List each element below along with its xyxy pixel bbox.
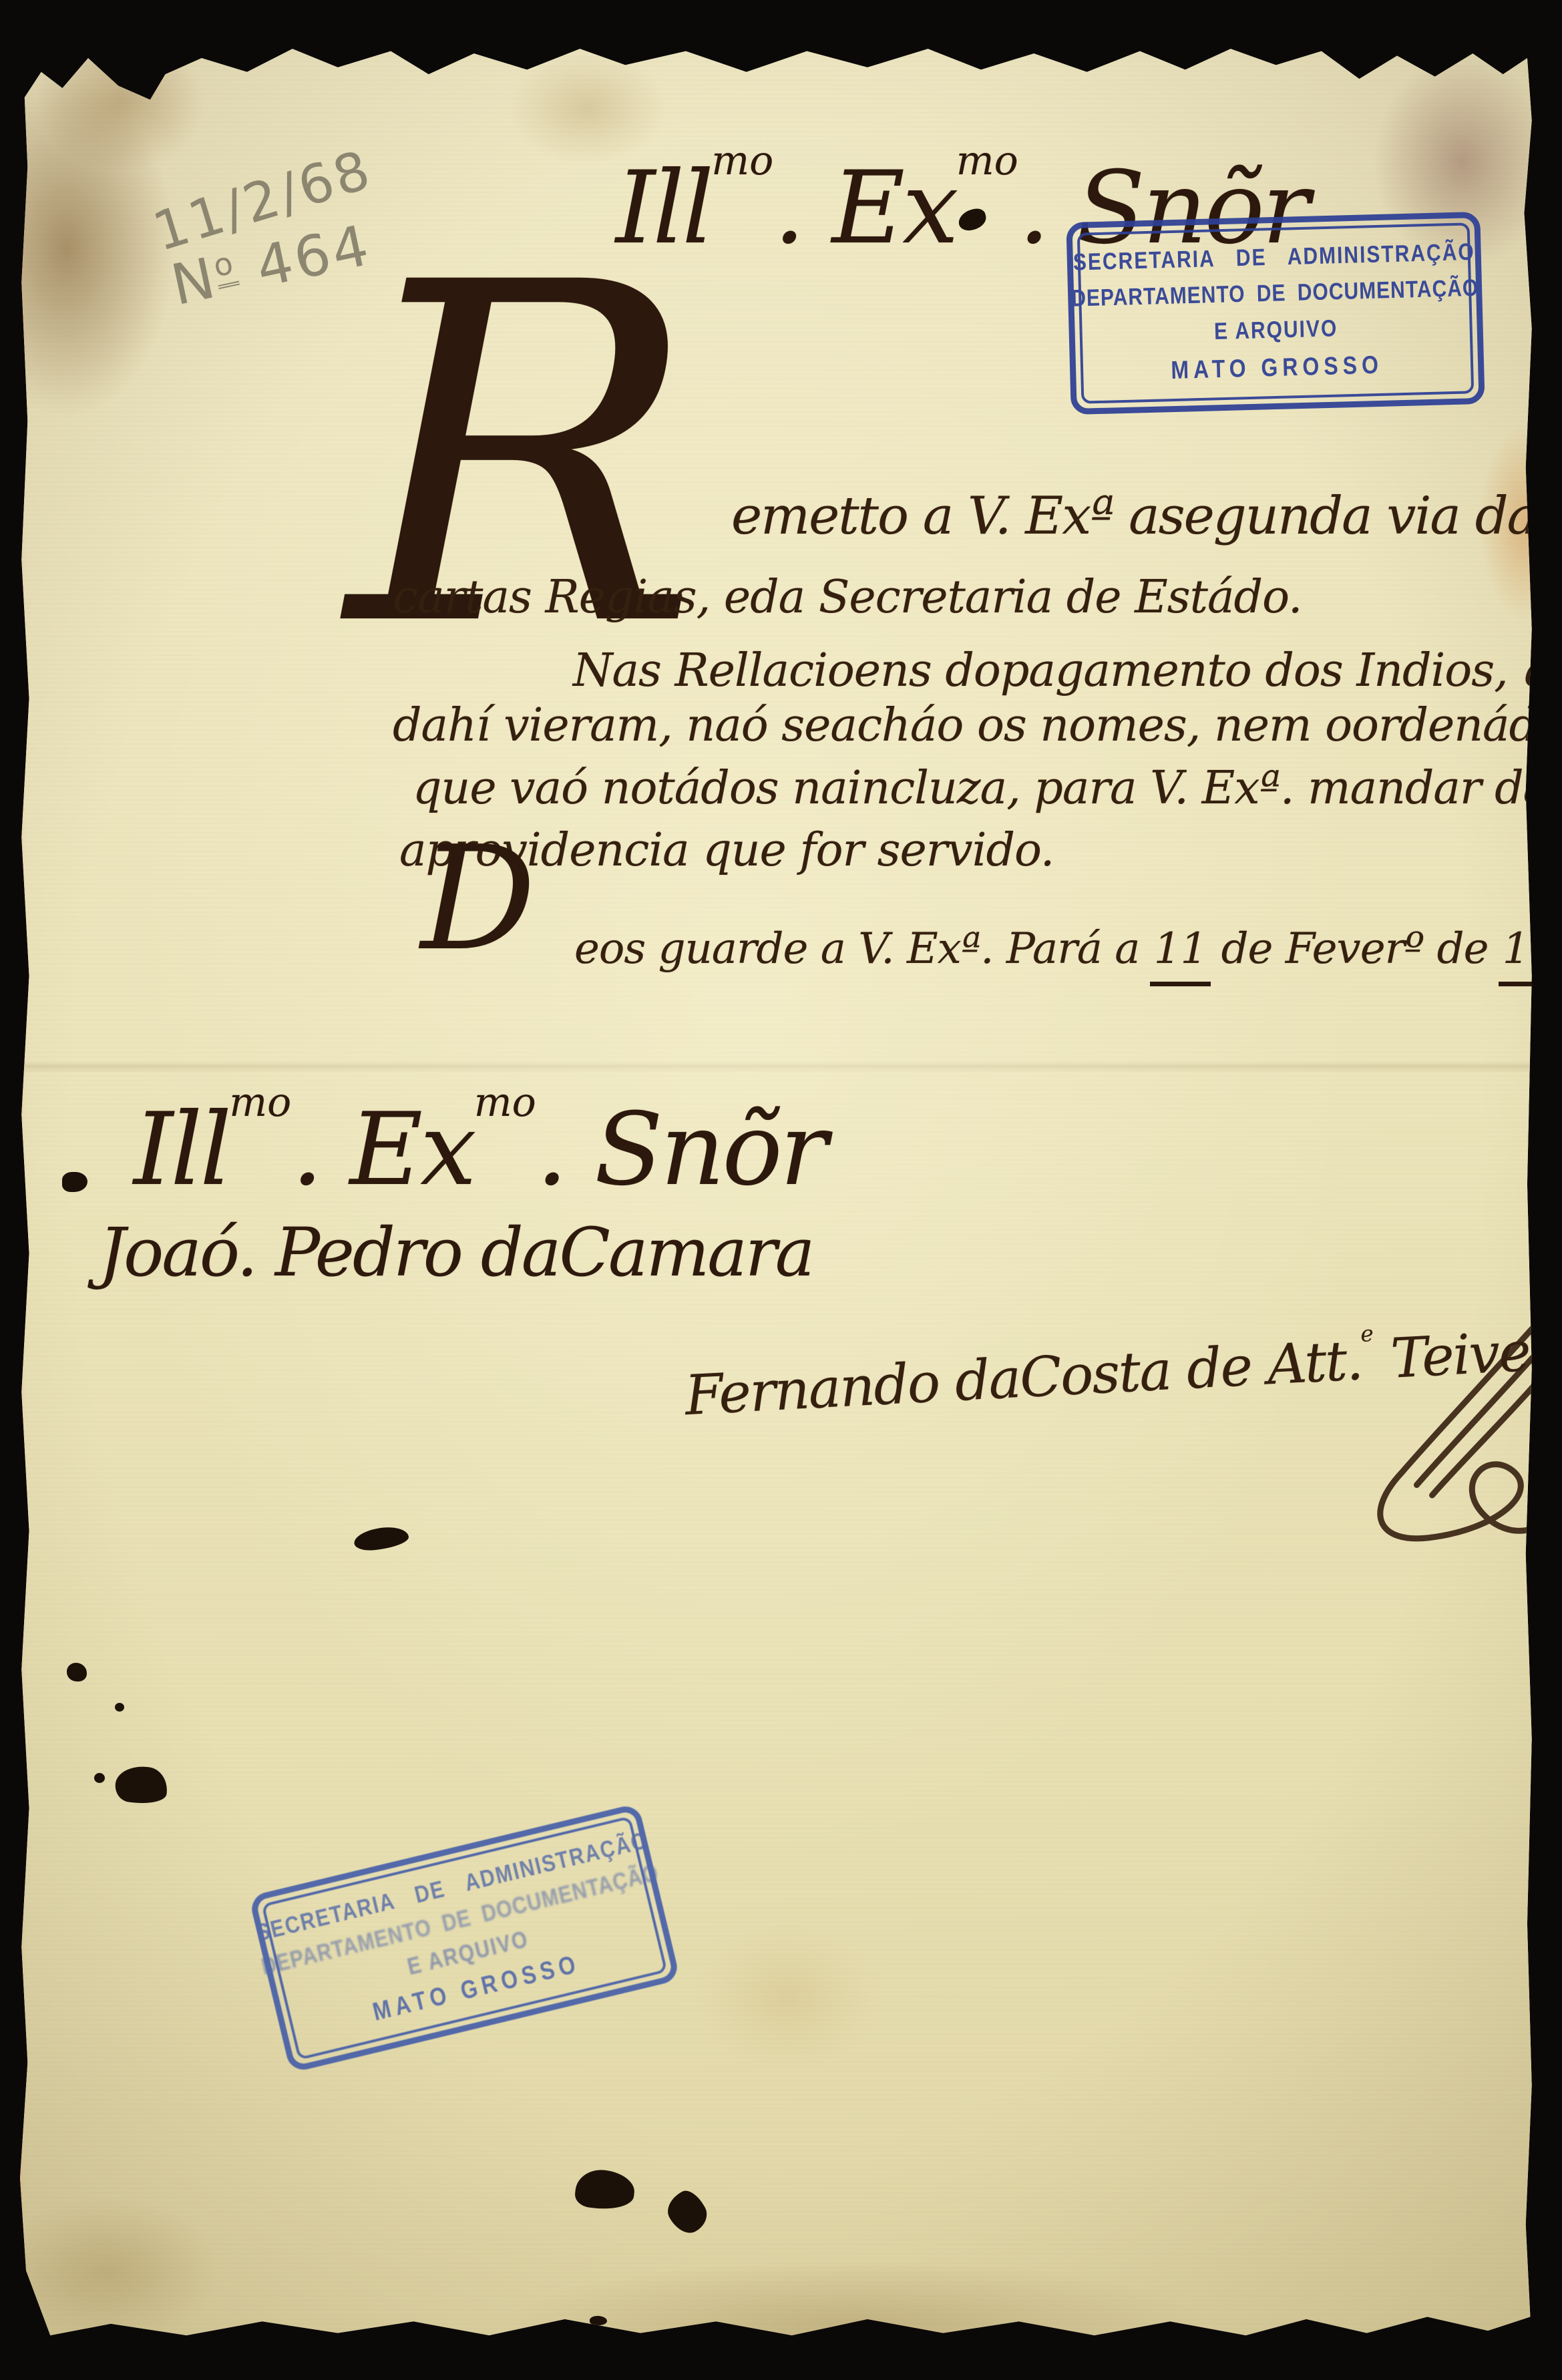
archive-stamp-top-inner-border: SECRETARIA DE ADMINISTRAÇÃO DEPARTAMENTO… [1077, 222, 1474, 403]
salutation-middle: . Ex [773, 150, 956, 266]
archive-stamp-bottom-inner-border: SECRETARIA DE ADMINISTRAÇÃO DEPARTAMENTO… [261, 1816, 667, 2060]
addressee-middle: . Ex [291, 1092, 473, 1208]
ink-blot [590, 2316, 607, 2325]
drop-cap-deos: D [421, 841, 536, 956]
addressee-heading: Illmo. Exmo. Snõr [134, 1092, 825, 1208]
ink-blot [62, 1172, 87, 1192]
ink-blot [113, 1763, 170, 1807]
ink-blot [67, 1663, 87, 1681]
addressee-name: Joaó. Pedro daCamara [99, 1213, 813, 1292]
body-line-3: Nas Rellacioens dopagamento dos Indios, … [573, 644, 1562, 697]
ink-blot [94, 1773, 105, 1783]
addressee-prefix: Ill [134, 1092, 229, 1208]
scan-background: { "annotations_pencil": { "date": "11/2/… [0, 0, 1562, 2380]
manuscript-paper-sheet: 11/2/68 No 464 Illmo. Exmo. Snõr SECRETA… [20, 28, 1533, 2340]
addressee-suffix: . Snõr [536, 1092, 825, 1208]
archive-stamp-top: SECRETARIA DE ADMINISTRAÇÃO DEPARTAMENTO… [1066, 212, 1485, 415]
ink-blot [353, 1525, 410, 1552]
archive-stamp-bottom: SECRETARIA DE ADMINISTRAÇÃO DEPARTAMENTO… [248, 1803, 680, 2073]
addressee-superscript-2: mo [474, 1079, 536, 1126]
ink-blot [574, 2168, 636, 2212]
salutation-superscript-2: mo [956, 138, 1018, 184]
ink-blot [115, 1703, 124, 1712]
body-line-1: emetto a V. Exª asegunda via das- [731, 486, 1562, 546]
ink-blot [662, 2186, 713, 2239]
addressee-superscript-1: mo [229, 1079, 291, 1126]
stamp-line-secretaria: SECRETARIA DE ADMINISTRAÇÃO [1072, 239, 1475, 276]
body-line-4: dahí vieram, naó seacháo os nomes, nem o… [393, 699, 1562, 752]
valediction-year-underlined: 1768 [1499, 924, 1562, 986]
signature-text: Fernando daCosta de Att. [683, 1329, 1363, 1428]
valediction-text: eos guarde a V. Exª. Pará a [574, 924, 1153, 974]
body-line-2: cartas Regias, eda Secretaria de Estádo. [393, 571, 1302, 624]
valediction-day-underlined: 11 [1150, 924, 1211, 986]
stamp-line-mato-grosso: MATO GROSSO [1171, 350, 1384, 385]
valediction-month-text: de Feverº de [1208, 924, 1501, 974]
stamp-line-arquivo: E ARQUIVO [1214, 315, 1338, 345]
valediction-line: eos guarde a V. Exª. Pará a 11 de Feverº… [574, 924, 1562, 974]
body-line-5: que vaó notádos naincluza, para V. Exª. … [413, 762, 1562, 815]
salutation-superscript-1: mo [711, 138, 773, 184]
stamp-line-departamento: DEPARTAMENTO DE DOCUMENTAÇÃO [1071, 275, 1479, 313]
